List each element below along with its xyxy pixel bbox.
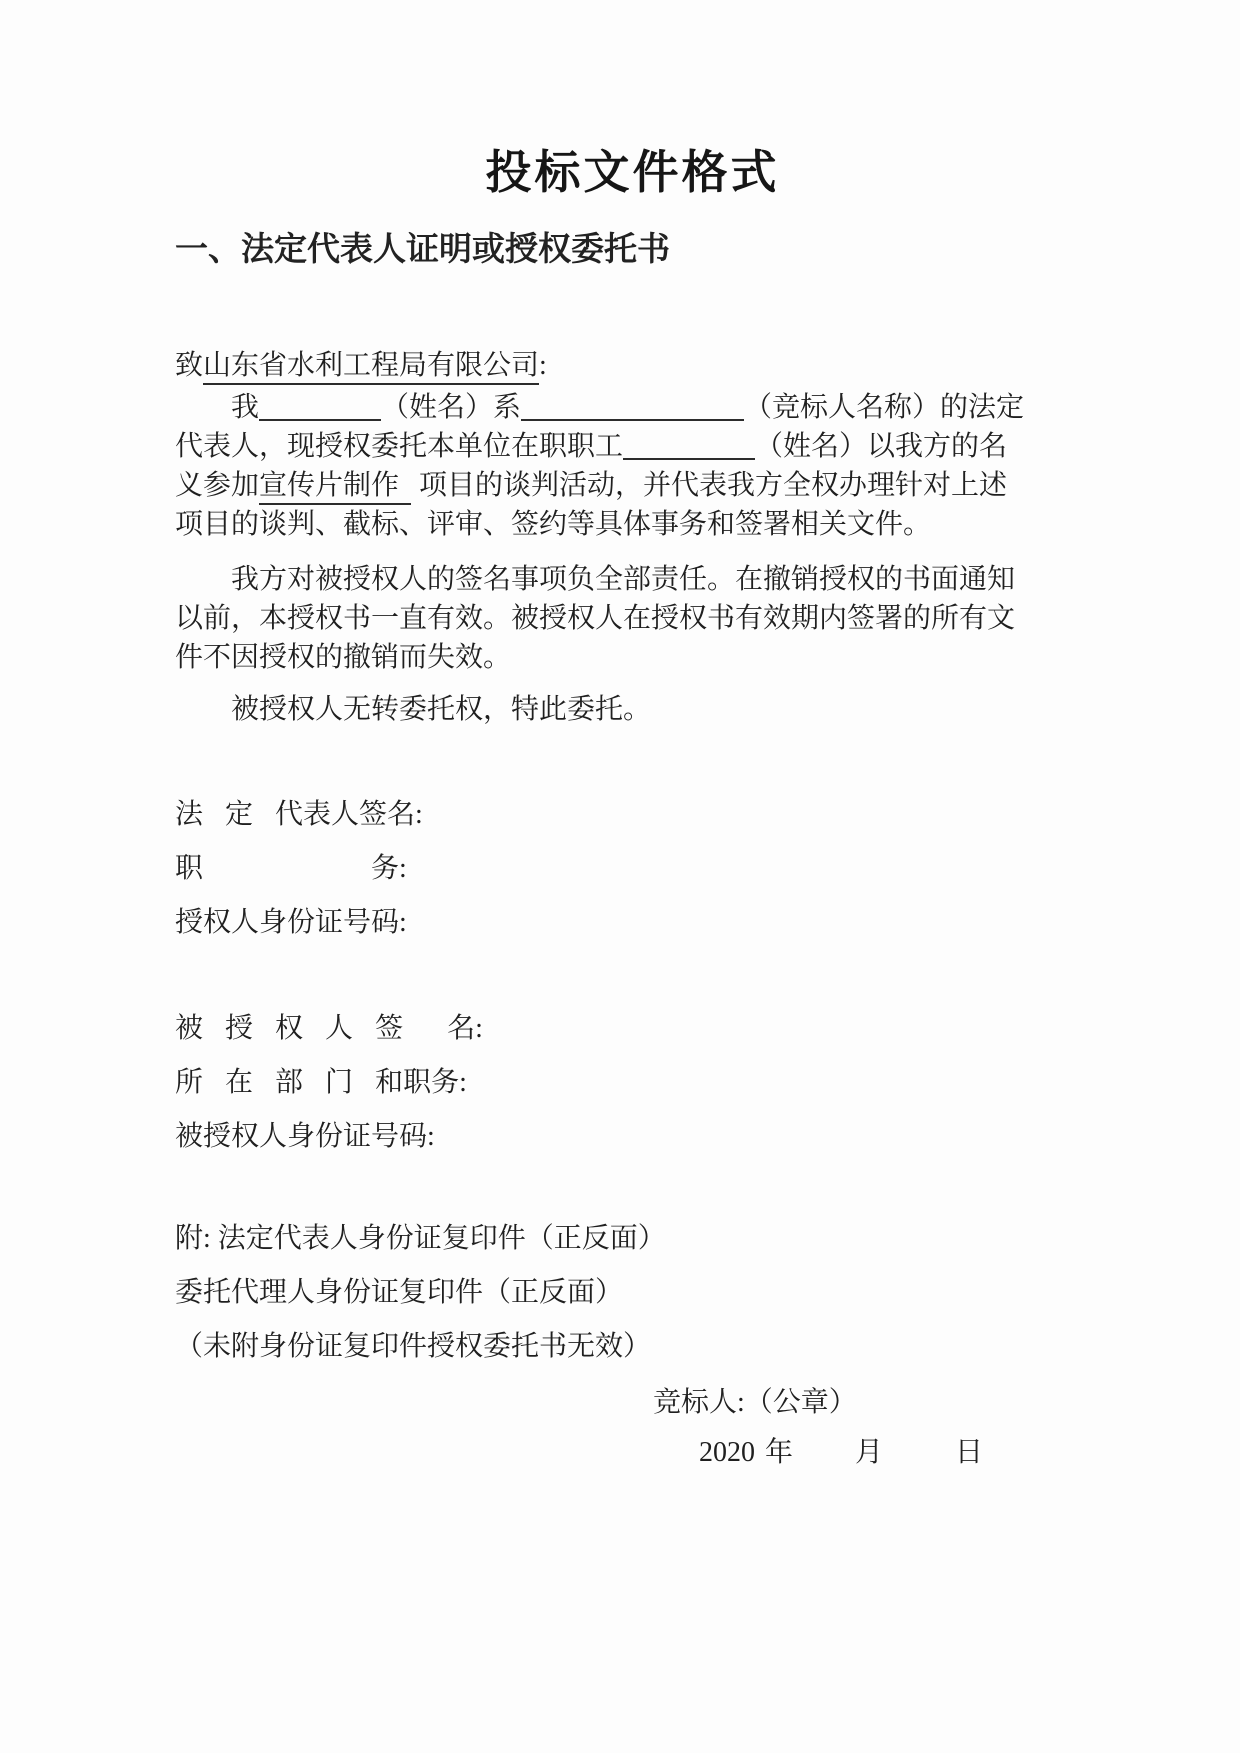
- attorney-signature-label: 被 授 权 人 签 名:: [175, 1009, 1090, 1048]
- authorization-line-3-rest: 项目的谈判活动，并代表我方全权办理针对上述: [419, 470, 1007, 501]
- project-name: 宣传片制作: [259, 470, 411, 505]
- attorney-dept-part: 所: [175, 1063, 203, 1102]
- date-month-unit: 月: [855, 1437, 883, 1468]
- attachment-line-1: 附: 法定代表人身份证复印件（正反面）: [175, 1219, 1090, 1258]
- date-day-unit: 日: [955, 1437, 983, 1468]
- attorney-dept-part: 和职务:: [375, 1063, 467, 1102]
- attorney-sign-part: 被: [175, 1009, 203, 1048]
- authorization-line-4: 项目的谈判、截标、评审、签约等具体事务和签署相关文件。: [175, 505, 1090, 544]
- attorney-sign-part: 权: [275, 1009, 303, 1048]
- legal-rep-name-blank: [259, 409, 381, 421]
- authorization-line-2-rest: （姓名）以我方的名: [755, 431, 1007, 462]
- date-year: 2020: [699, 1437, 755, 1468]
- authorization-line-3: 义参加宣传片制作项目的谈判活动，并代表我方全权办理针对上述: [175, 466, 1090, 505]
- document-title: 投标文件格式: [175, 146, 1090, 200]
- attorney-sign-part: 人: [325, 1009, 353, 1048]
- salutation-colon: :: [539, 350, 547, 381]
- closing-paragraph: 被授权人无转委托权，特此委托。: [175, 690, 1090, 729]
- authorization-line-3-lead: 义参加: [175, 470, 259, 501]
- authorization-paragraph: 我（姓名）系（竞标人名称）的法定 代表人，现授权委托本单位在职职工（姓名）以我方…: [175, 388, 1090, 544]
- attachments-block: 附: 法定代表人身份证复印件（正反面） 委托代理人身份证复印件（正反面） （未附…: [175, 1219, 1090, 1366]
- authorization-line-1-rest: （竞标人名称）的法定: [744, 392, 1024, 423]
- position-part: 务:: [371, 849, 407, 888]
- legal-rep-signature-block: 法 定 代表人签名: 职 务: 授权人身份证号码:: [175, 795, 1090, 942]
- authorization-line-2: 代表人，现授权委托本单位在职职工（姓名）以我方的名: [175, 427, 1090, 466]
- attachment-line-2: 委托代理人身份证复印件（正反面）: [175, 1273, 1090, 1312]
- position-part: 职: [175, 849, 203, 888]
- attorney-sign-part: 签: [375, 1009, 403, 1048]
- attorney-sign-part: 授: [225, 1009, 253, 1048]
- responsibility-line-3: 件不因授权的撤销而失效。: [175, 638, 1090, 677]
- responsibility-line-2: 以前，本授权书一直有效。被授权人在授权书有效期内签署的所有文: [175, 599, 1090, 638]
- salutation-line: 致山东省水利工程局有限公司:: [175, 346, 1090, 386]
- legal-rep-position-label: 职 务:: [175, 849, 1090, 888]
- employee-name-blank: [623, 448, 755, 460]
- authorization-we: 我: [231, 392, 259, 423]
- bidder-seal-line: 竞标人:（公章）: [175, 1383, 1090, 1422]
- closing-line: 被授权人无转委托权，特此委托。: [175, 690, 1090, 729]
- legal-rep-sign-part: 定: [225, 795, 253, 834]
- salutation-prefix: 致: [175, 350, 203, 381]
- attachment-line-3: （未附身份证复印件授权委托书无效）: [175, 1327, 1090, 1366]
- legal-rep-signature-label: 法 定 代表人签名:: [175, 795, 1090, 834]
- section-heading: 一、法定代表人证明或授权委托书: [175, 228, 1090, 270]
- attorney-signature-block: 被 授 权 人 签 名: 所 在 部 门 和职务: 被授权人身份证号码:: [175, 1009, 1090, 1156]
- authorization-line-1: 我（姓名）系（竞标人名称）的法定: [175, 388, 1090, 427]
- recipient-name: 山东省水利工程局有限公司: [203, 350, 539, 385]
- attorney-department-label: 所 在 部 门 和职务:: [175, 1063, 1090, 1102]
- responsibility-paragraph: 我方对被授权人的签名事项负全部责任。在撤销授权的书面通知 以前，本授权书一直有效…: [175, 560, 1090, 677]
- responsibility-line-1: 我方对被授权人的签名事项负全部责任。在撤销授权的书面通知: [175, 560, 1090, 599]
- authorization-name-hint: （姓名）系: [381, 392, 521, 423]
- document-page: 投标文件格式 一、法定代表人证明或授权委托书 致山东省水利工程局有限公司: 我（…: [0, 0, 1240, 1753]
- attorney-id-label: 被授权人身份证号码:: [175, 1117, 1090, 1156]
- bidder-name-blank: [521, 409, 744, 421]
- attorney-sign-part: 名:: [447, 1009, 483, 1048]
- legal-rep-sign-part: 法: [175, 795, 203, 834]
- legal-rep-sign-part: 代表人签名:: [275, 795, 423, 834]
- authorization-line-2-lead: 代表人，现授权委托本单位在职职工: [175, 431, 623, 462]
- date-line: 2020年月日: [175, 1433, 1090, 1472]
- date-year-unit: 年: [765, 1437, 793, 1468]
- attorney-dept-part: 部: [275, 1063, 303, 1102]
- legal-rep-id-label: 授权人身份证号码:: [175, 903, 1090, 942]
- attorney-dept-part: 门: [325, 1063, 353, 1102]
- attorney-dept-part: 在: [225, 1063, 253, 1102]
